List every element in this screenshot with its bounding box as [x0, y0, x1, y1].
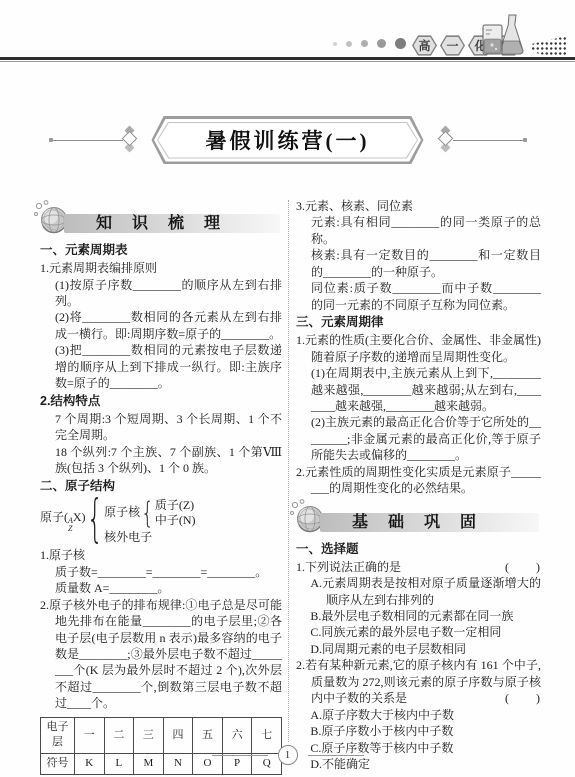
- banner-line-left: [51, 140, 123, 141]
- item-periodic-properties: 1.元素的性质(主要化合价、金属性、非金属性)随着原子序数的递增而呈周期性变化。: [296, 332, 541, 365]
- electrons-label: 核外电子: [104, 530, 195, 546]
- item-arrangement-rules: 1.元素周期表编排原则: [40, 260, 282, 276]
- text-line: 7 个周期:3 个短周期、3 个长周期、1 个不完全周期。: [55, 411, 282, 444]
- section-header-knowledge: 知 识 梳 理: [34, 200, 282, 238]
- brace-icon: {: [87, 489, 104, 555]
- text-line: 18 个纵列:7 个主族、7 个副族、1 个第Ⅷ族(包括 3 个纵列)、1 个 …: [55, 444, 282, 477]
- heading-structure-features: 2.结构特点: [40, 393, 282, 410]
- proton-label: 质子(Z): [155, 498, 196, 514]
- left-column: 知 识 梳 理 一、元素周期表 1.元素周期表编排原则 (1)按原子序数____…: [40, 198, 282, 775]
- item-element-nuclide-isotope: 3.元素、核素、同位素: [296, 198, 541, 214]
- heading-atomic-structure: 二、原子结构: [40, 478, 282, 495]
- question-2-option-a: A.原子序数大于核内中子数: [310, 707, 541, 723]
- subject-badge-label: 高: [418, 37, 430, 54]
- footer-line-right: [308, 755, 364, 756]
- question-1-option-d: D.同周期元素的电子层数相同: [310, 641, 541, 657]
- question-1-option-b: B.最外层电子数相同的元素都在同一族: [310, 608, 541, 624]
- heading-periodic-law: 三、元素周期律: [296, 314, 541, 331]
- right-column: 3.元素、核素、同位素 元素:具有相同________的同一类原子的总称。 核素…: [296, 198, 541, 772]
- section-title: 基 础 巩 固: [352, 512, 484, 534]
- banner-frame: 暑假训练营(一): [137, 116, 439, 164]
- page-number: 1: [278, 745, 298, 765]
- item-electron-rules: 2.原子核外电子的排布规律:①电子总是尽可能地先排布在能量________的电子…: [40, 597, 282, 712]
- fill-blank-line: (3)把________数相同的元素按电子层数递增的顺序从上到下排成一纵行。即:…: [55, 342, 282, 391]
- question-2-option-b: B.原子序数小于核内中子数: [310, 723, 541, 739]
- nucleus-label: 原子核: [104, 505, 140, 521]
- heading-periodic-table: 一、元素周期表: [40, 242, 282, 259]
- fill-blank-line: 2.元素性质的周期性变化实质是元素原子________的周期性变化的必然结果。: [296, 464, 541, 497]
- subject-badge-label: 一: [446, 37, 458, 54]
- header-rule: [0, 57, 575, 62]
- fill-blank-line: (2)主族元素的最高正化合价等于它所处的________;非金属元素的最高正化价…: [311, 414, 541, 463]
- section-title: 知 识 梳 理: [96, 213, 228, 235]
- fill-blank-line: (2)将________数相同的各元素从左到右排成一横行。即:周期序数=原子的_…: [55, 309, 282, 342]
- page-footer: 1: [0, 745, 575, 765]
- fill-blank-line: 核素:具有一定数目的________和一定数目的________的一种原子。: [311, 247, 541, 280]
- question-1-option-a: A.元素周期表是按相对原子质量逐渐增大的顺序从左到右排列的: [310, 575, 541, 608]
- banner-diamond-left-icon: [121, 123, 139, 157]
- subject-badge: 一: [440, 35, 465, 56]
- neutron-label: 中子(N): [155, 513, 196, 529]
- page-title: 暑假训练营(一): [137, 116, 439, 164]
- section-header-basics: 基 础 巩 固: [290, 499, 541, 537]
- subject-badge: 高: [412, 35, 437, 56]
- atom-label: 原子(AZX): [40, 510, 86, 534]
- brace-icon: {: [141, 494, 154, 532]
- workbook-page: { "header": { "subject_chars": ["高", "一"…: [0, 0, 575, 777]
- fill-blank-line: 质子数=________=________=________。: [55, 564, 282, 580]
- banner-line-right: [453, 140, 525, 141]
- question-1-stem: 1.下列说法正确的是( ): [296, 559, 541, 575]
- column-divider: [288, 200, 289, 742]
- fill-blank-line: (1)按原子序数________的顺序从左到右排列。: [55, 277, 282, 310]
- answer-bracket: ( ): [520, 559, 541, 575]
- heading-multiple-choice: 一、选择题: [296, 541, 541, 558]
- title-banner: 暑假训练营(一): [0, 114, 575, 166]
- answer-bracket: ( ): [520, 690, 541, 706]
- question-1-option-c: C.同族元素的最外层电子数一定相同: [310, 624, 541, 640]
- dot-sequence-icon: [333, 38, 406, 49]
- fill-blank-line: (1)在周期表中,主族元素从上到下,________越来越强,________越…: [311, 365, 541, 414]
- atom-structure-diagram: 原子(AZX) { 原子核 { 质子(Z) 中子(N) 核外电子: [40, 498, 282, 546]
- footer-line-left: [212, 755, 268, 756]
- fill-blank-line: 质量数 A=________。: [55, 580, 282, 596]
- fill-blank-line: 元素:具有相同________的同一类原子的总称。: [311, 214, 541, 247]
- banner-diamond-right-icon: [437, 123, 455, 157]
- fill-blank-line: 同位素:质子数________而中子数________的同一元素的不同原子互称为…: [311, 280, 541, 313]
- item-nucleus: 1.原子核: [40, 547, 282, 563]
- question-2-stem: 2.若有某种新元素,它的原子核内有 161 个中子,质量数为 272,则该元素的…: [296, 657, 541, 706]
